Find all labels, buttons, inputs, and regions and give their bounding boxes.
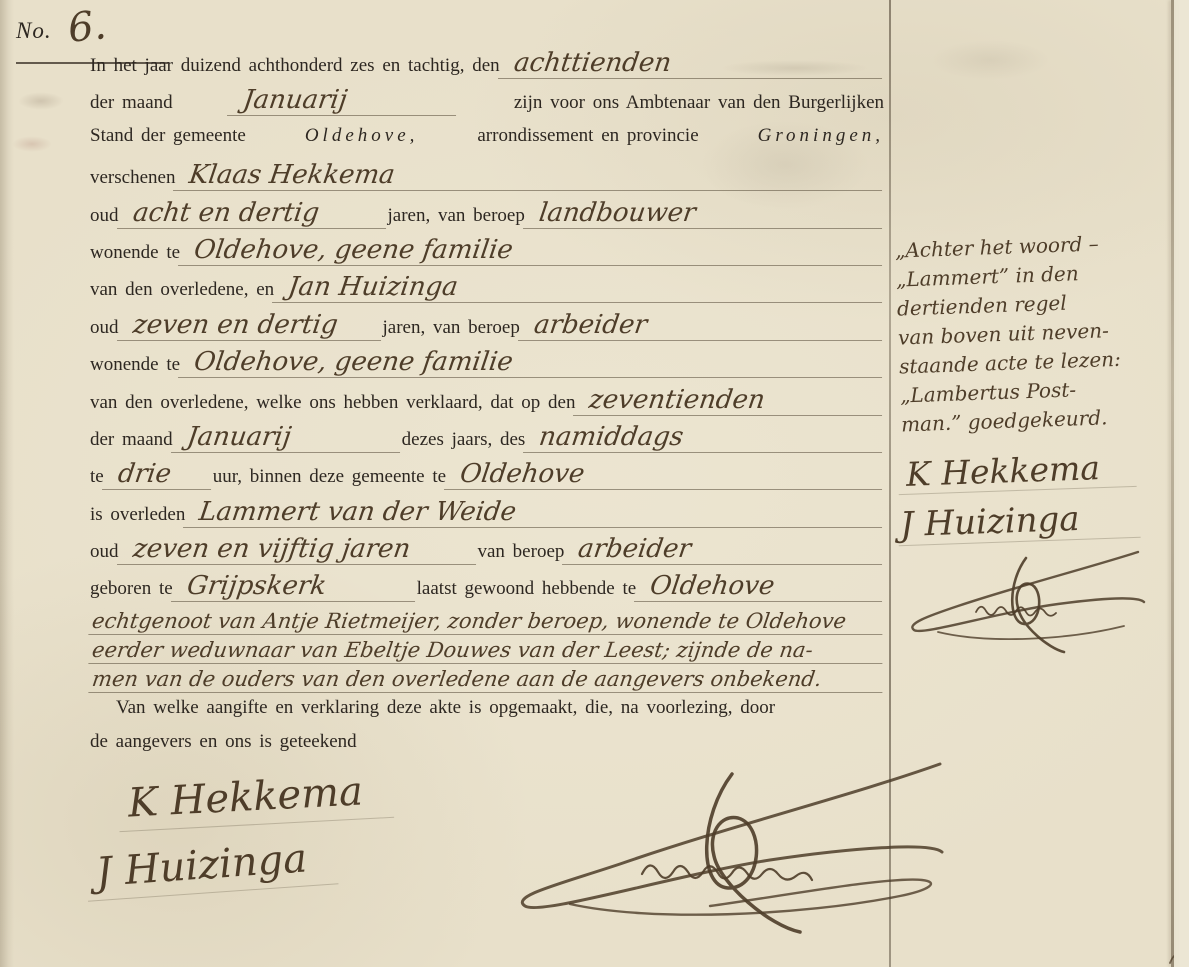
handwritten-line: echtgenoot van Antje Rietmeijer, zonder … xyxy=(88,611,885,635)
handwritten-fill: Oldehove, geene familie xyxy=(178,349,886,378)
act-body: In het jaar duizend achthonderd zes en t… xyxy=(90,50,884,766)
handwritten-fill: Oldehove, geene familie xyxy=(178,237,886,266)
printed-text: In het jaar duizend achthonderd zes en t… xyxy=(90,56,500,75)
printed-text: Stand der gemeente xyxy=(90,126,246,145)
printed-text: arrondissement en provincie xyxy=(477,126,698,145)
signature-declarant-2: J Huizinga xyxy=(85,833,339,901)
akte-line-14: oud zeven en vijftig jaren van beroep ar… xyxy=(90,536,884,573)
printed-text: van beroep xyxy=(478,542,565,561)
signature-declarant-1: K Hekkema xyxy=(117,767,394,832)
akte-closing-line-1: Van welke aangifte en verklaring deze ak… xyxy=(90,698,884,732)
handwritten-fill: zeven en dertig xyxy=(116,312,384,341)
akte-line-8: oud zeven en dertig jaren, van beroep ar… xyxy=(90,312,884,349)
printed-spaced-text: Oldehove, xyxy=(305,125,419,147)
printed-text: jaren, van beroep xyxy=(383,318,520,337)
margin-registrar-signature-flourish xyxy=(898,546,1148,656)
handwritten-fill: landbouwer xyxy=(523,200,886,229)
record-number-label: No. xyxy=(16,18,52,43)
handwritten-fill: Januarij xyxy=(227,87,460,116)
printed-text: de aangevers en ons is geteekend xyxy=(90,732,357,751)
akte-line-2: der maand Januarij zijn voor ons Ambtena… xyxy=(90,87,884,124)
handwritten-line: men van de ouders van den overledene aan… xyxy=(88,669,885,693)
akte-line-15: geboren te Grijpskerk laatst gewoond heb… xyxy=(90,573,884,610)
handwritten-fill: acht en dertig xyxy=(116,200,389,229)
akte-line-6: wonende te Oldehove, geene familie xyxy=(90,237,884,274)
margin-signature-declarant-2: J Huizinga xyxy=(897,497,1140,546)
printed-text: is overleden xyxy=(90,505,185,524)
printed-text: laatst gewoond hebbende te xyxy=(417,579,637,598)
handwritten-fill: Klaas Hekkema xyxy=(173,162,886,191)
bleedthrough-smudge xyxy=(12,136,52,152)
akte-line-5: oud acht en dertig jaren, van beroep lan… xyxy=(90,200,884,237)
record-number-value: 6. xyxy=(66,2,109,52)
printed-text: jaren, van beroep xyxy=(388,206,525,225)
handwritten-fill: Oldehove xyxy=(634,573,886,602)
handwritten-line: eerder weduwnaar van Ebeltje Douwes van … xyxy=(88,640,885,664)
akte-line-16: echtgenoot van Antje Rietmeijer, zonder … xyxy=(90,611,884,640)
handwritten-fill: Lammert van der Weide xyxy=(183,499,886,528)
death-record-sheet: No. 6. In het jaar duizend achthonderd z… xyxy=(0,0,1189,967)
margin-signature-declarant-1: K Hekkema xyxy=(897,447,1136,495)
akte-line-4: verschenen Klaas Hekkema xyxy=(90,162,884,199)
printed-text: van den overledene, en xyxy=(90,280,274,299)
printed-text: der maand xyxy=(90,430,173,449)
signature-area: K Hekkema J Huizinga xyxy=(90,768,890,938)
record-number-block: No. 6. xyxy=(16,18,176,44)
printed-text: der maand xyxy=(90,93,173,112)
handwritten-fill: Jan Huizinga xyxy=(272,274,886,303)
printed-text: wonende te xyxy=(90,243,180,262)
margin-column: „Achter het woord – „Lammert” in den der… xyxy=(898,232,1160,661)
printed-text: te xyxy=(90,467,104,486)
akte-line-10: van den overledene, welke ons hebben ver… xyxy=(90,387,884,424)
printed-text: zijn voor ons Ambtenaar van den Burgerli… xyxy=(514,93,884,112)
akte-line-11: der maand Januarij dezes jaars, des nami… xyxy=(90,424,884,461)
printed-text: oud xyxy=(90,542,119,561)
printed-text: verschenen xyxy=(90,168,175,187)
column-divider-rule xyxy=(889,0,891,967)
akte-line-9: wonende te Oldehove, geene familie xyxy=(90,349,884,386)
printed-text: oud xyxy=(90,206,119,225)
page-left-edge-shadow xyxy=(0,0,14,967)
handwritten-fill: zeven en vijftig jaren xyxy=(116,536,479,565)
handwritten-fill: Januarij xyxy=(171,424,404,453)
handwritten-fill: namiddags xyxy=(523,424,886,453)
akte-line-1: In het jaar duizend achthonderd zes en t… xyxy=(90,50,884,87)
printed-text: uur, binnen deze gemeente te xyxy=(213,467,446,486)
handwritten-fill: Grijpskerk xyxy=(171,573,419,602)
registrar-signature-flourish xyxy=(470,756,950,936)
handwritten-fill: zeventienden xyxy=(573,387,886,416)
akte-line-3: Stand der gemeente Oldehove, arrondissem… xyxy=(90,125,884,162)
printed-spaced-text: Groningen, xyxy=(758,125,884,147)
bleedthrough-smudge xyxy=(930,40,1050,80)
akte-line-13: is overleden Lammert van der Weide xyxy=(90,499,884,536)
margin-correction-note: „Achter het woord – „Lammert” in den der… xyxy=(895,227,1164,439)
akte-line-18: men van de ouders van den overledene aan… xyxy=(90,669,884,698)
akte-line-12: te drie uur, binnen deze gemeente te Old… xyxy=(90,461,884,498)
handwritten-fill: arbeider xyxy=(518,312,886,341)
printed-text: oud xyxy=(90,318,119,337)
printed-text: wonende te xyxy=(90,355,180,374)
handwritten-fill: drie xyxy=(102,461,215,490)
akte-line-7: van den overledene, en Jan Huizinga xyxy=(90,274,884,311)
bleedthrough-smudge xyxy=(18,92,64,110)
page-right-strip xyxy=(1174,0,1189,967)
printed-text: van den overledene, welke ons hebben ver… xyxy=(90,393,575,412)
handwritten-fill: achttienden xyxy=(498,50,886,79)
akte-line-17: eerder weduwnaar van Ebeltje Douwes van … xyxy=(90,640,884,669)
printed-text: dezes jaars, des xyxy=(402,430,526,449)
handwritten-fill: Oldehove xyxy=(444,461,886,490)
printed-text: geboren te xyxy=(90,579,173,598)
printed-text: Van welke aangifte en verklaring deze ak… xyxy=(90,698,775,717)
handwritten-fill: arbeider xyxy=(562,536,886,565)
page-fold-edge xyxy=(1171,0,1174,967)
